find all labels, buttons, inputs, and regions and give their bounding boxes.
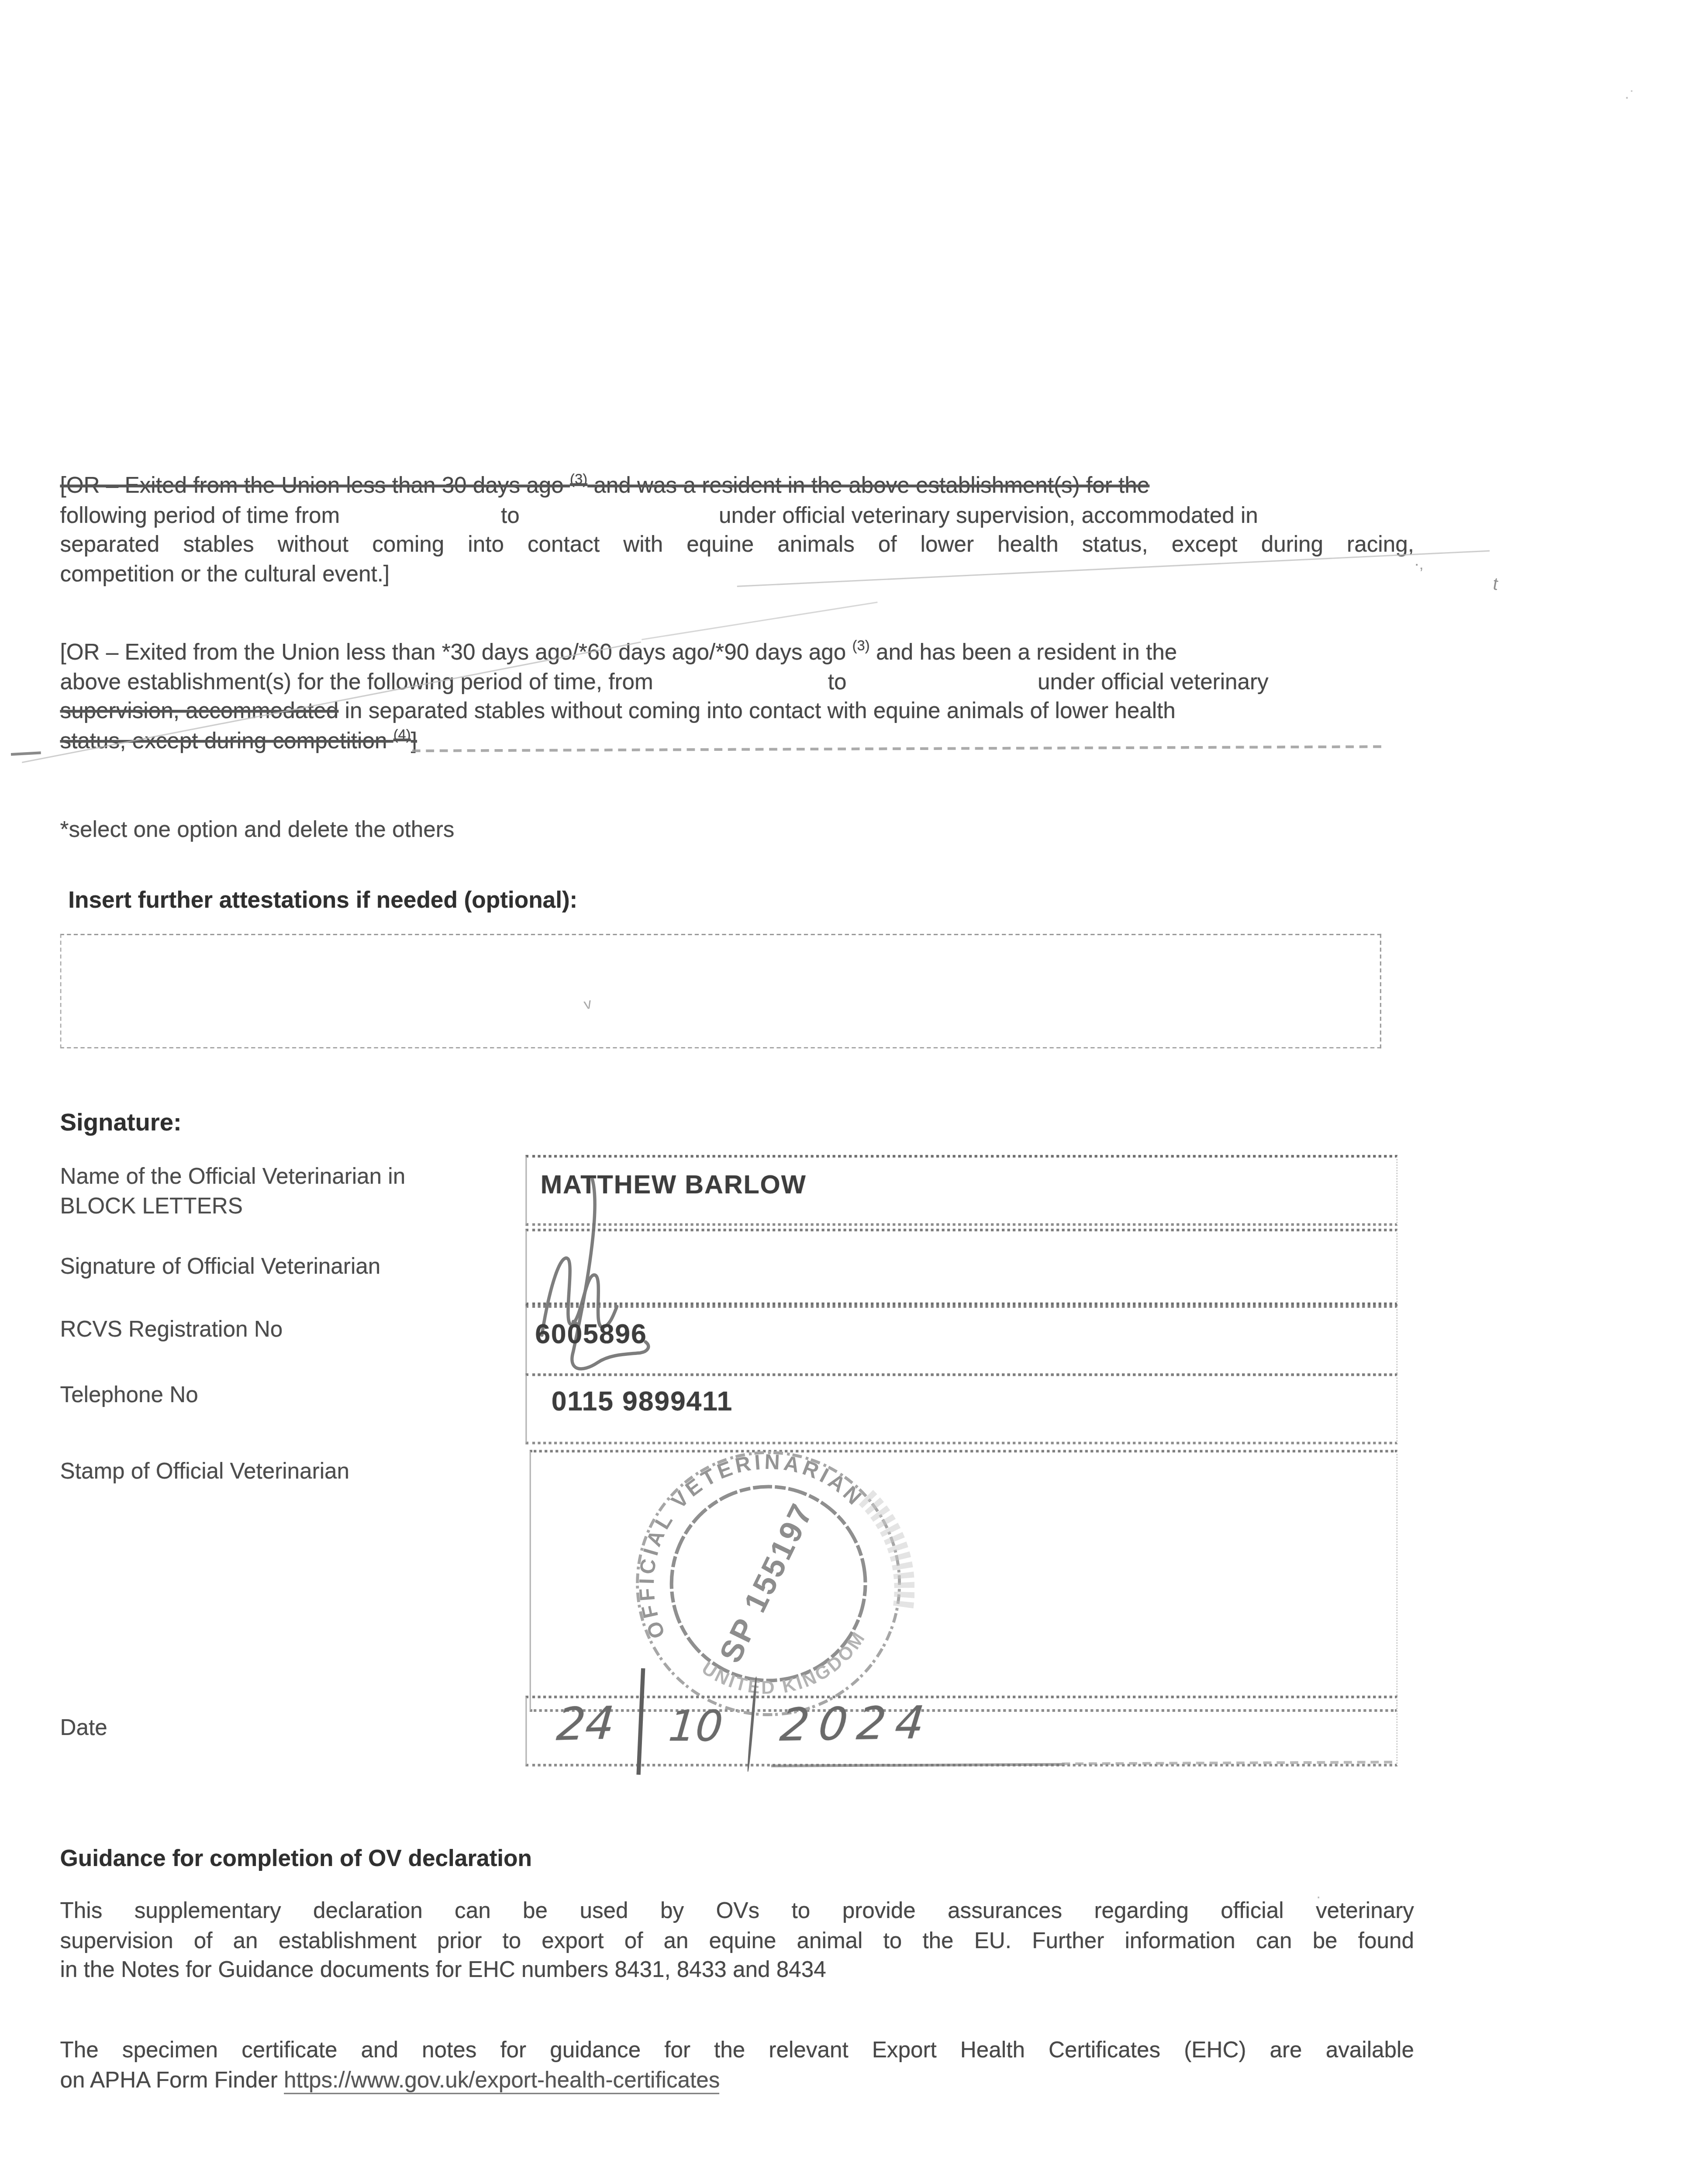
paragraph2-line2: above establishment(s) for the following… [60, 668, 1414, 698]
paragraph2-line4: status, except during competition (4)] [60, 727, 1414, 757]
select-option-note: *select one option and delete the others [60, 816, 455, 846]
paragraph2-line4-text: status, except during competition [60, 729, 393, 753]
stamp-label: Stamp of Official Veterinarian [60, 1458, 350, 1487]
signature-heading: Signature: [60, 1109, 182, 1137]
date-day-value: 24 [555, 1696, 616, 1751]
paragraph1-line1-text-b: and was a resident in the above establis… [587, 474, 1149, 498]
guidance-p2-line2: on APHA Form Finder https://www.gov.uk/e… [60, 2067, 1414, 2096]
telephone-value: 0115 9899411 [552, 1387, 733, 1418]
official-veterinarian-stamp: OFFICIAL VETERINARIAN UNITED KINGDOM SP … [622, 1444, 914, 1726]
guidance-heading: Guidance for completion of OV declaratio… [60, 1846, 532, 1873]
footnote-ref-3b: (3) [852, 638, 870, 655]
scanned-document-page: [OR – Exited from the Union less than 30… [0, 0, 1687, 2184]
name-ov-label-line1: Name of the Official Veterinarian in [60, 1163, 406, 1192]
paragraph2-line1: [OR – Exited from the Union less than *3… [60, 639, 1414, 668]
guidance-p1-line3: in the Notes for Guidance documents for … [60, 1956, 1414, 1986]
scan-speck-1: ·‚ [1414, 554, 1423, 574]
stamp-center-number: SP 155197 [713, 1497, 820, 1669]
scan-artifact-diagonal-3 [642, 601, 878, 641]
rcvs-field [525, 1305, 1397, 1376]
guidance-paragraph-1: This supplementary declaration can be us… [60, 1897, 1414, 1986]
paragraph1-line1-struck: [OR – Exited from the Union less than 30… [60, 472, 1414, 501]
guidance-paragraph-2: The specimen certificate and notes for g… [60, 2037, 1414, 2096]
paragraph2-line3: supervision, accommodated in separated s… [60, 698, 1414, 727]
rcvs-label: RCVS Registration No [60, 1316, 283, 1345]
rcvs-value: 6005896 [535, 1320, 647, 1351]
paragraph2-line2-to: to [828, 670, 847, 694]
signature-ov-label: Signature of Official Veterinarian [60, 1253, 381, 1282]
paragraph1-line3: separated stables without coming into co… [60, 531, 1414, 560]
paragraph2-line3-struck: supervision, accommodated [60, 699, 339, 724]
footnote-ref-4: (4) [393, 727, 411, 743]
telephone-label: Telephone No [60, 1382, 198, 1411]
paragraph2-line4-struck: status, except during competition (4)] [60, 729, 417, 753]
name-ov-label-line2: BLOCK LETTERS [60, 1193, 243, 1223]
paragraph2-line3-text: in separated stables without coming into… [338, 699, 1175, 724]
paragraph2-line2-text-a: above establishment(s) for the following… [60, 670, 653, 694]
paragraph1-line2: following period of time fromtounder off… [60, 502, 1414, 531]
attestations-input-box [60, 934, 1381, 1049]
footnote-ref-3: (3) [570, 472, 587, 488]
stamp-smudge [866, 1493, 912, 1614]
date-field [525, 1696, 1397, 1767]
date-year-value: 2024 [778, 1696, 937, 1752]
guidance-p2-line2-text: on APHA Form Finder [60, 2068, 284, 2092]
scan-speck-3: ·˙ [1624, 87, 1635, 107]
paragraph1-line1-text-a: [OR – Exited from the Union less than 30… [60, 474, 570, 498]
paragraph1-line2-text-a: following period of time from [60, 503, 340, 528]
paragraph-exited-30-days: [OR – Exited from the Union less than 30… [60, 472, 1414, 590]
guidance-p1-line2: supervision of an establishment prior to… [60, 1927, 1414, 1956]
date-label: Date [60, 1715, 107, 1744]
scan-speck-2: t [1491, 573, 1500, 594]
strike-left-dash [11, 751, 41, 756]
paragraph2-line1-text-a: [OR – Exited from the Union less than *3… [60, 640, 852, 665]
paragraph1-line2-text-b: under official veterinary supervision, a… [719, 503, 1258, 528]
export-health-certificates-link[interactable]: https://www.gov.uk/export-health-certifi… [284, 2068, 720, 2094]
guidance-p2-line1: The specimen certificate and notes for g… [60, 2037, 1414, 2066]
paragraph2-line2-text-b: under official veterinary [1038, 670, 1269, 694]
scan-speck-4: · [1316, 1887, 1321, 1906]
date-month-value: 10 [667, 1702, 725, 1752]
paragraph2-line1-text-b: and has been a resident in the [870, 640, 1177, 665]
paragraph1-line2-to: to [501, 503, 520, 528]
guidance-p1-line1: This supplementary declaration can be us… [60, 1897, 1414, 1927]
attestations-heading: Insert further attestations if needed (o… [68, 888, 577, 915]
paragraph-exited-30-60-90-days: [OR – Exited from the Union less than *3… [60, 639, 1414, 757]
